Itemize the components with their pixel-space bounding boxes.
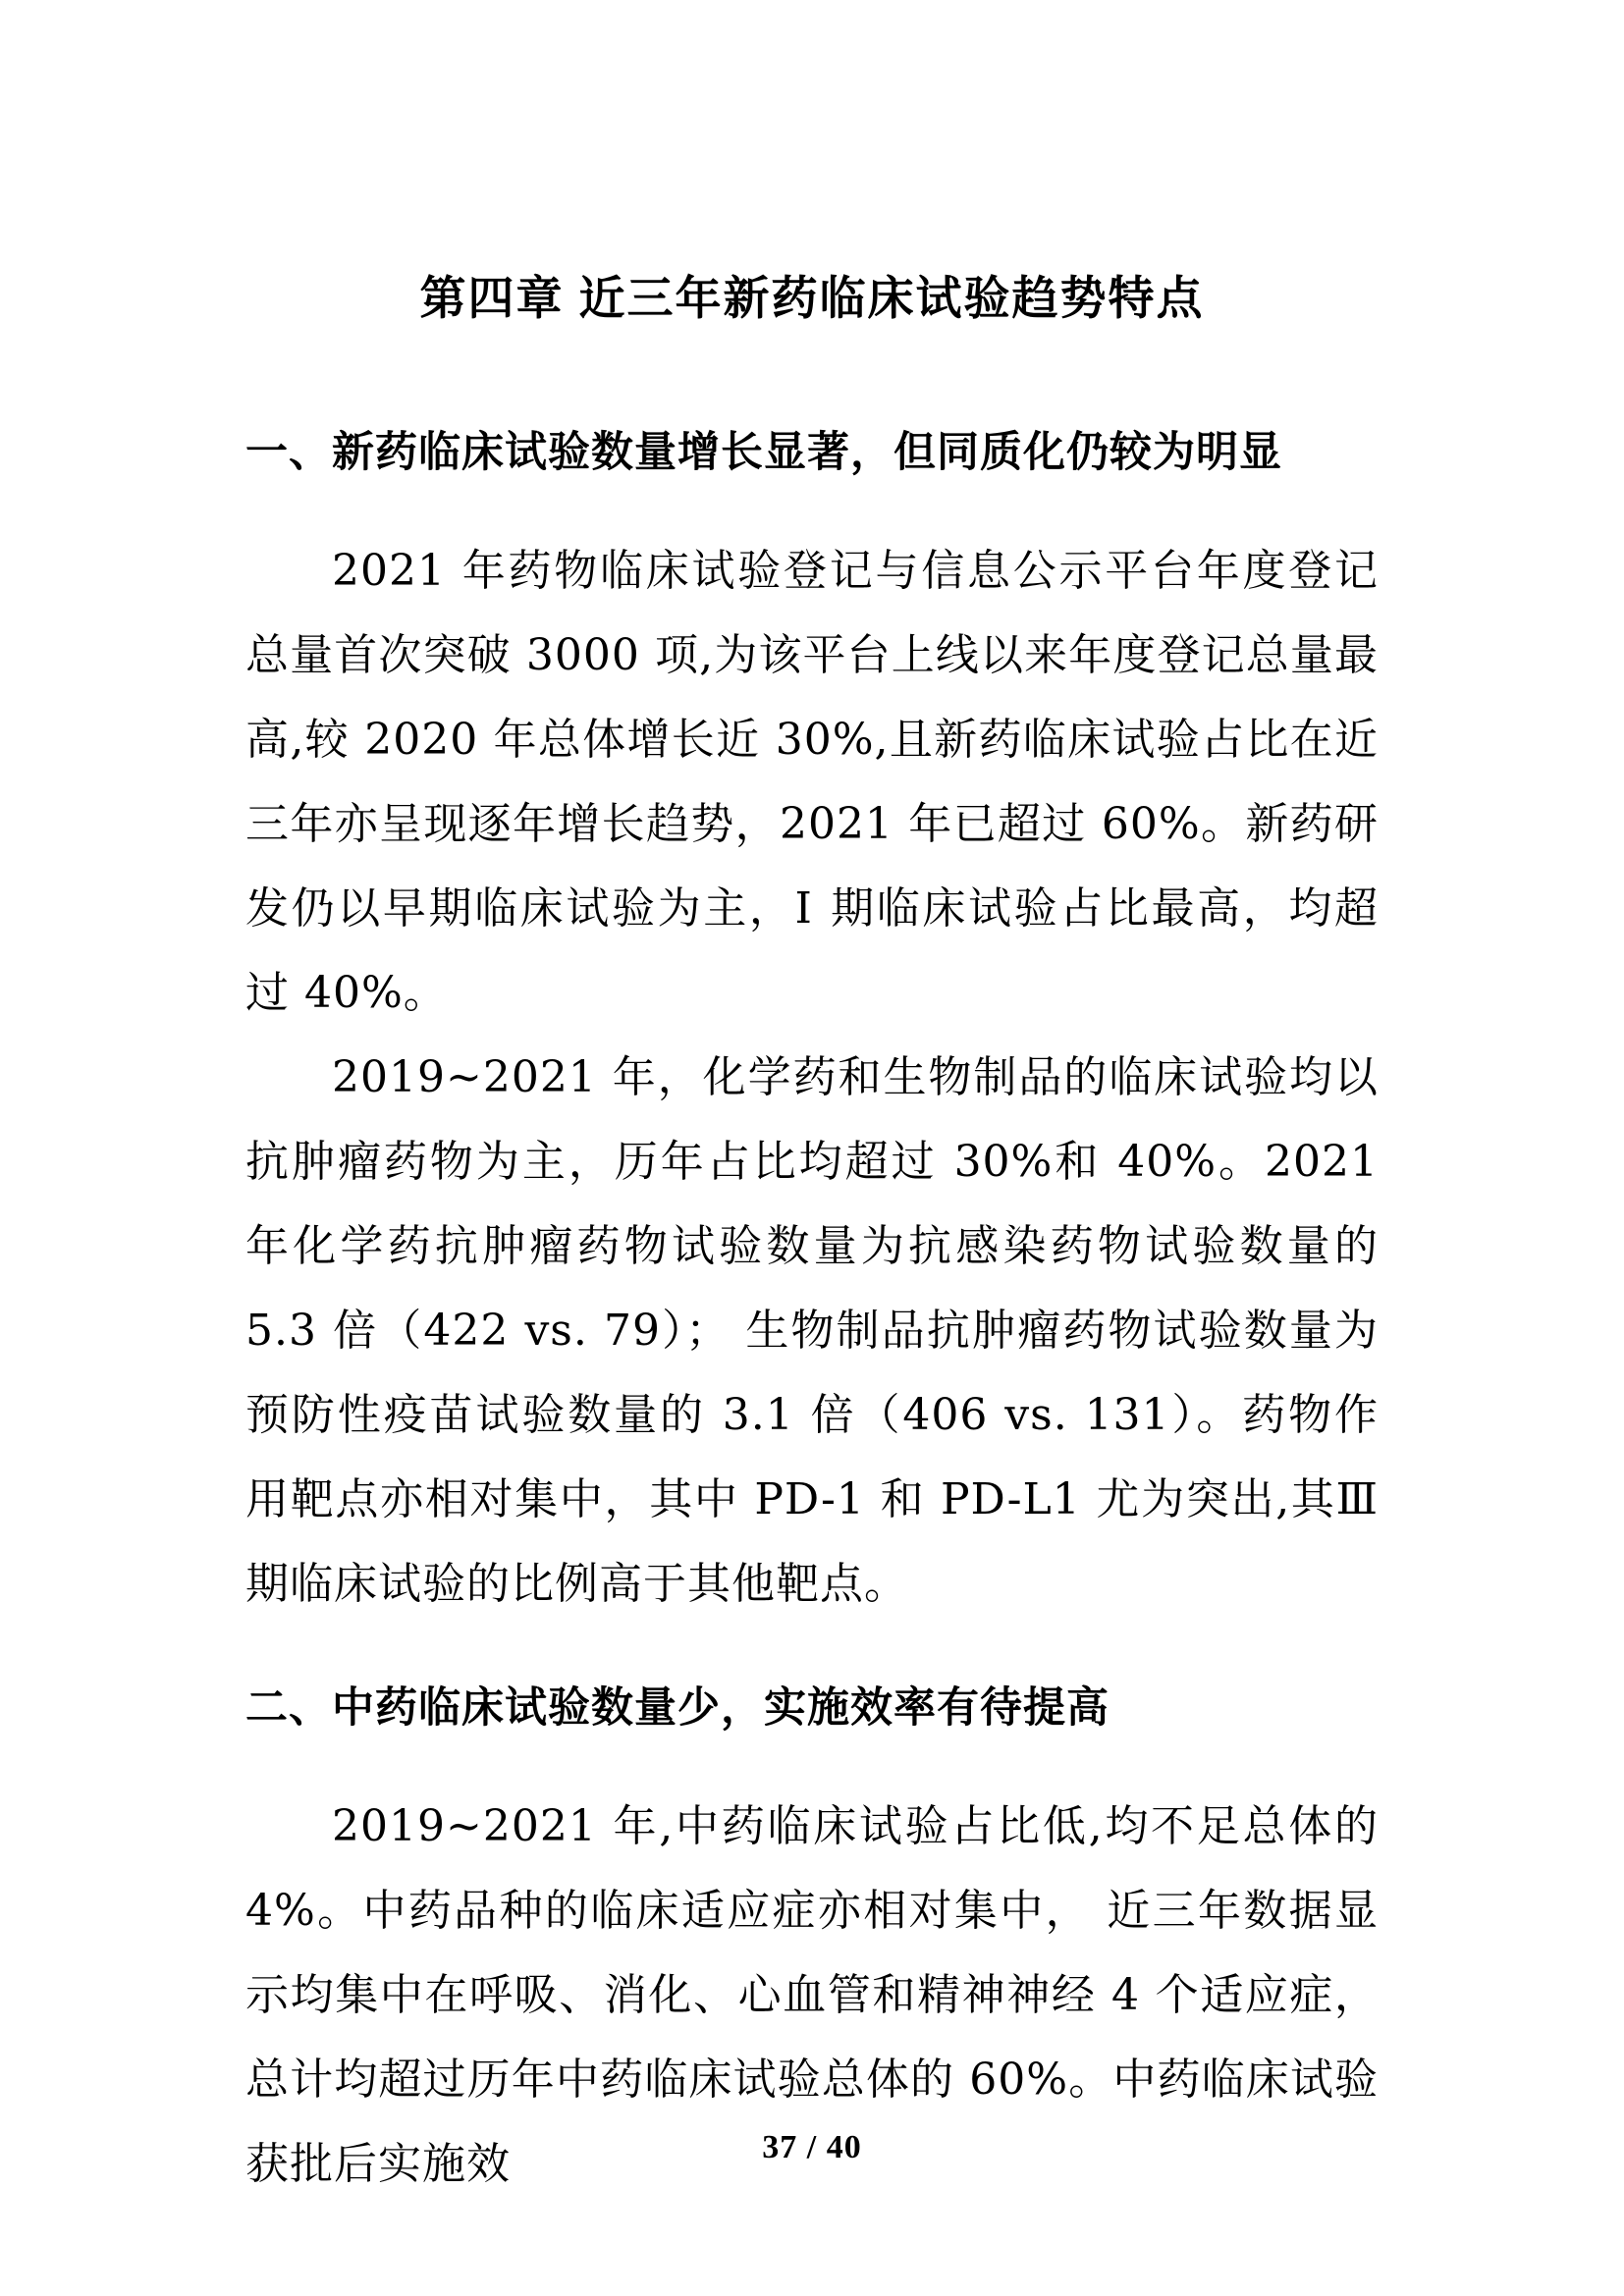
chapter-title: 第四章 近三年新药临床试验趋势特点 [245,0,1379,327]
section-1-heading: 一、新药临床试验数量增长显著，但同质化仍较为明显 [245,425,1379,480]
document-page: 第四章 近三年新药临床试验趋势特点 一、新药临床试验数量增长显著，但同质化仍较为… [0,0,1624,2296]
section-1-paragraph-1: 2021 年药物临床试验登记与信息公示平台年度登记总量首次突破 3000 项,为… [245,529,1379,1036]
page-content: 第四章 近三年新药临床试验趋势特点 一、新药临床试验数量增长显著，但同质化仍较为… [245,0,1379,2207]
section-1-paragraph-2: 2019~2021 年，化学药和生物制品的临床试验均以抗肿瘤药物为主，历年占比均… [245,1036,1379,1627]
section-2-heading: 二、中药临床试验数量少，实施效率有待提高 [245,1681,1379,1735]
page-footer: 37 / 40 [0,2128,1624,2167]
page-number: 37 / 40 [762,2129,861,2165]
